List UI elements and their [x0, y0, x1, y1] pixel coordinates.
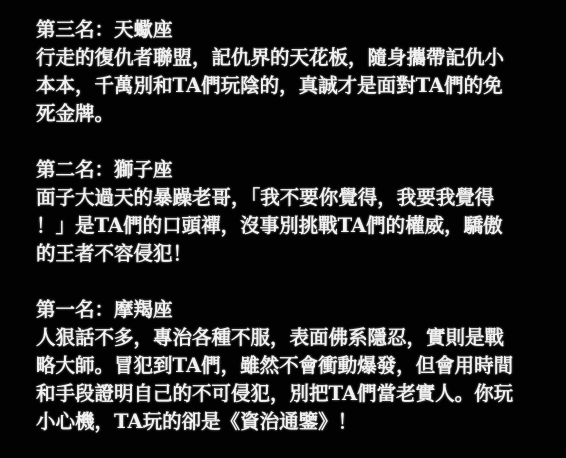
rank-2-title: 第二名：獅子座 — [36, 156, 536, 184]
rank-3-line-1: 行走的復仇者聯盟，記仇界的天花板，隨身攜帶記仇小 — [36, 44, 536, 72]
rank-1-line-3: 和手段證明自己的不可侵犯，別把TA們當老實人。你玩 — [36, 380, 536, 408]
rank-1-line-1: 人狠話不多，專治各種不服，表面佛系隱忍，實則是戰 — [36, 324, 536, 352]
rank-3-section: 第三名：天蠍座 行走的復仇者聯盟，記仇界的天花板，隨身攜帶記仇小 本本，千萬別和… — [36, 16, 536, 128]
rank-1-section: 第一名：摩羯座 人狠話不多，專治各種不服，表面佛系隱忍，實則是戰 略大師。冒犯到… — [36, 296, 536, 436]
rank-1-title: 第一名：摩羯座 — [36, 296, 536, 324]
rank-2-line-1: 面子大過天的暴躁老哥，「我不要你覺得，我要我覺得 — [36, 184, 536, 212]
ranking-text-panel: 第三名：天蠍座 行走的復仇者聯盟，記仇界的天花板，隨身攜帶記仇小 本本，千萬別和… — [36, 16, 536, 458]
rank-1-line-4: 小心機，TA玩的卻是《資治通鑒》！ — [36, 408, 536, 436]
rank-2-line-3: 的王者不容侵犯！ — [36, 240, 536, 268]
rank-3-title: 第三名：天蠍座 — [36, 16, 536, 44]
rank-2-line-2: ！」是TA們的口頭禪，沒事別挑戰TA們的權威，驕傲 — [36, 212, 536, 240]
rank-2-section: 第二名：獅子座 面子大過天的暴躁老哥，「我不要你覺得，我要我覺得 ！」是TA們的… — [36, 156, 536, 268]
rank-1-line-2: 略大師。冒犯到TA們，雖然不會衝動爆發，但會用時間 — [36, 352, 536, 380]
rank-3-line-3: 死金牌。 — [36, 100, 536, 128]
rank-3-line-2: 本本，千萬別和TA們玩陰的，真誠才是面對TA們的免 — [36, 72, 536, 100]
